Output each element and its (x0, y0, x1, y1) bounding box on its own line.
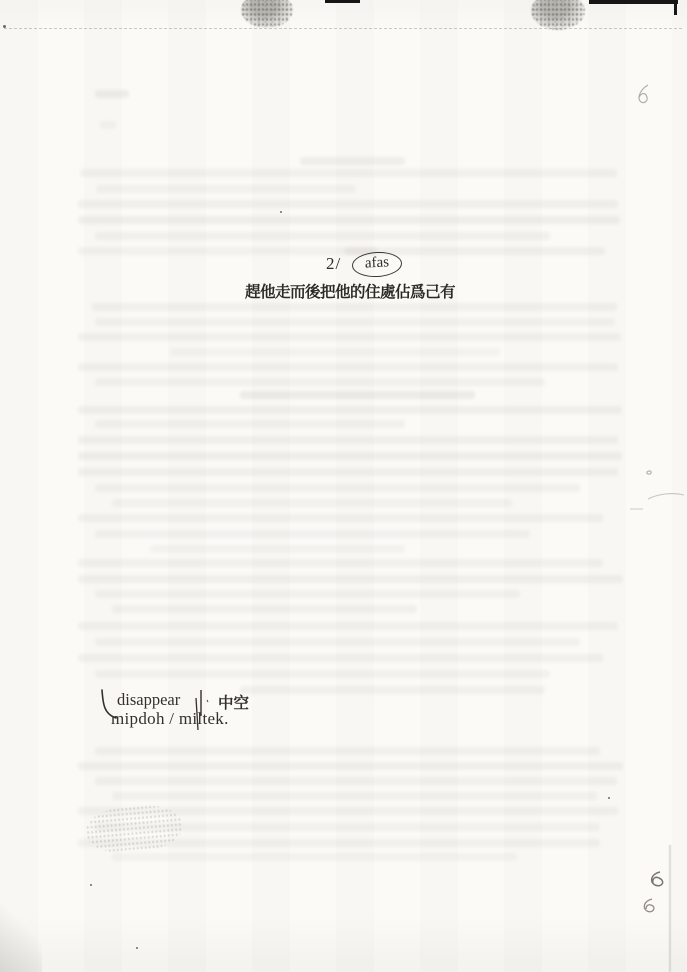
bleedthrough-text-line (95, 484, 580, 492)
bleedthrough-text-line (95, 378, 545, 386)
scan-black-bar (674, 0, 677, 15)
bleedthrough-text-line (95, 90, 129, 98)
pencil-squiggle-mark (631, 82, 657, 112)
bleedthrough-text-line (170, 348, 500, 356)
pencil-squiggle-mark (628, 466, 687, 516)
bleedthrough-text-line (300, 157, 405, 165)
bleedthrough-text-line (78, 436, 618, 444)
bleedthrough-text-line (78, 200, 618, 208)
scan-black-bar (589, 0, 678, 4)
scan-dot (280, 211, 282, 213)
bleedthrough-text-line (112, 853, 517, 861)
scan-black-bar (325, 0, 360, 3)
bleedthrough-text-line (78, 575, 623, 583)
bleedthrough-text-line (95, 747, 600, 755)
scan-dot (136, 947, 138, 949)
bleedthrough-text-line (95, 232, 550, 240)
dot-mark (207, 700, 208, 702)
bleedthrough-text-line (78, 363, 618, 371)
bleedthrough-text-line (78, 406, 622, 414)
bleedthrough-text-line (80, 169, 617, 177)
bleedthrough-text-line (112, 605, 417, 613)
bleedthrough-text-line (95, 420, 405, 428)
page-corner-shade (0, 892, 42, 972)
chinese-gloss-text: 趕他走而後把他的住處佔爲己有 (245, 280, 455, 302)
bleedthrough-text-line (78, 452, 622, 460)
bleedthrough-text-line (100, 121, 116, 129)
bleedthrough-text-line (95, 318, 615, 326)
bleedthrough-text-line (95, 530, 530, 538)
perforation-dotted-line (4, 28, 682, 29)
bleedthrough-text-line (96, 185, 356, 193)
pencil-squiggle-mark (645, 868, 671, 890)
scan-dot (3, 25, 6, 28)
entry-number-label: 2/ (326, 254, 341, 274)
bleedthrough-text-line (78, 333, 621, 341)
insertion-caret-mark (102, 690, 116, 718)
bleedthrough-text-line (78, 654, 603, 662)
bleedthrough-text-line (95, 590, 520, 598)
bleedthrough-text-line (78, 468, 618, 476)
bleedthrough-text-line (240, 391, 475, 399)
bleedthrough-text-line (95, 777, 617, 785)
bleedthrough-text-line (95, 638, 580, 646)
bleedthrough-text-line (150, 545, 405, 553)
bleedthrough-text-line (78, 622, 618, 630)
pencil-squiggle-mark (639, 896, 661, 916)
bleedthrough-text-line (78, 216, 620, 224)
strikethrough-mark (196, 698, 198, 730)
scanned-page: 2/ afas 趕他走而後把他的住處佔爲己有 disappear 中空 mipd… (0, 0, 687, 972)
bleedthrough-text-line (78, 559, 603, 567)
scan-dot (608, 797, 610, 799)
bleedthrough-text-line (112, 792, 597, 800)
page-edge-shadow (669, 845, 671, 972)
scan-smudge (531, 0, 585, 30)
handwriting-marks (95, 684, 265, 739)
scan-dot (90, 884, 92, 886)
scan-smudge (241, 0, 293, 28)
bleedthrough-text-line (95, 670, 550, 678)
bleedthrough-text-line (92, 303, 617, 311)
bleedthrough-text-line (112, 499, 512, 507)
bleedthrough-text-line (78, 762, 623, 770)
bleedthrough-text-line (78, 514, 603, 522)
bleedthrough-text-line (240, 686, 545, 694)
